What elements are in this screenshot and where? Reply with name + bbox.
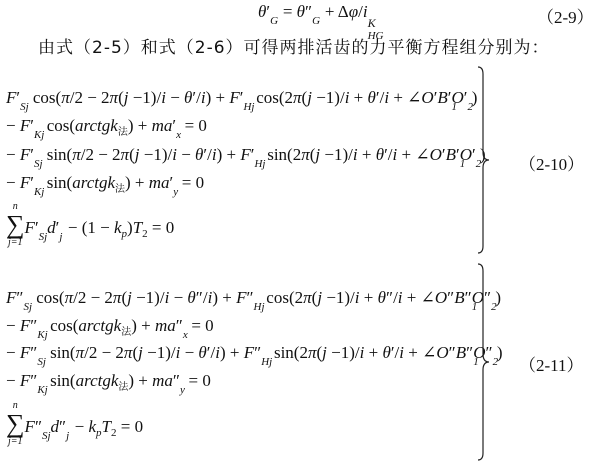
equation-line-sum: n∑j=1F′Sj d′j − (1 − kp)T2 = 0 bbox=[6, 206, 174, 252]
equation-line: − F′Sj sin(π/2 − 2π(j −1)/i − θ′/i) + F′… bbox=[6, 145, 486, 165]
equation-line: F′Sj cos(π/2 − 2π(j −1)/i − θ′/i) + F′Hj… bbox=[6, 88, 477, 108]
equation-number-2-9: （2-9） bbox=[537, 3, 594, 28]
summation-symbol: n∑j=1 bbox=[6, 202, 25, 248]
equation-number-2-11: （2-11） bbox=[519, 351, 584, 376]
equation-2-9: θ′G = θ″G + Δφ/iKHG bbox=[258, 2, 368, 22]
equation-line: − F″Sj sin(π/2 − 2π(j −1)/i − θ′/i) + F″… bbox=[6, 343, 503, 363]
equation-line-sum: n∑j=1F″Sj d″j − kpT2 = 0 bbox=[6, 405, 143, 451]
equation-line: − F′Kj cos(arctgk法) + ma′x = 0 bbox=[6, 116, 207, 136]
summation-symbol: n∑j=1 bbox=[6, 401, 25, 447]
intro-paragraph: 由式（2-5）和式（2-6）可得两排活齿的力平衡方程组分别为： bbox=[38, 33, 550, 58]
equation-line: F″Sj cos(π/2 − 2π(j −1)/i − θ″/i) + F″Hj… bbox=[6, 288, 501, 308]
equation-number-2-10: （2-10） bbox=[519, 150, 584, 175]
equation-line: − F′Kj sin(arctgk法) + ma′y = 0 bbox=[6, 173, 204, 193]
right-brace-icon bbox=[477, 263, 491, 461]
equation-line: − F″Kj sin(arctgk法) + ma″y = 0 bbox=[6, 371, 211, 391]
equation-line: − F″Kj cos(arctgk法) + ma″x = 0 bbox=[6, 316, 214, 336]
right-brace-icon bbox=[477, 66, 491, 254]
